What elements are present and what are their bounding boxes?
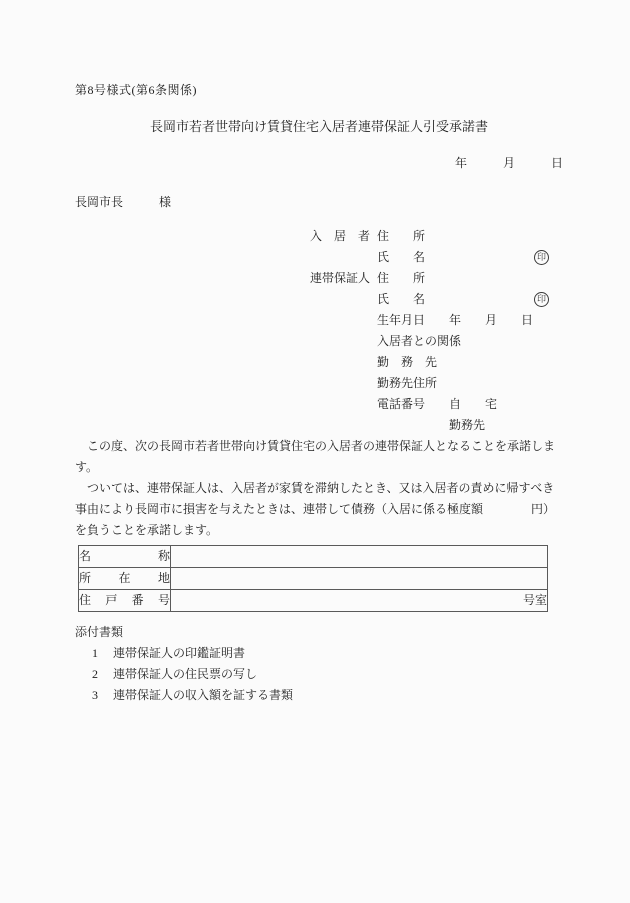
table-row-location: 所在地 [79, 568, 548, 590]
party-row-phone-home: 電話番号 自 宅 [310, 394, 563, 415]
seal-icon: 印 [534, 250, 549, 265]
body-line: を負うことを承諾します。 [75, 520, 563, 541]
field-label-relationship: 入居者との関係 [377, 331, 461, 352]
party-role-label: 入 居 者 [310, 226, 377, 247]
body-line: この度、次の長岡市若者世帯向け賃貸住宅の入居者の連帯保証人となることを承諾しま [75, 436, 563, 457]
party-row-guarantor-address: 連帯保証人 住 所 [310, 268, 563, 289]
party-info-block: 入 居 者 住 所 氏 名 印 連帯保証人 住 所 氏 名 印 生年月日 年 月… [310, 226, 563, 436]
field-label-employer-address: 勤務先住所 [377, 373, 437, 394]
table-value-name [171, 546, 548, 568]
party-row-resident-address: 入 居 者 住 所 [310, 226, 563, 247]
table-value-unit-number: 号室 [171, 590, 548, 612]
attachments-list: 1 連帯保証人の印鑑証明書 2 連帯保証人の住民票の写し 3 連帯保証人の収入額… [75, 643, 563, 706]
party-row-phone-work: 勤務先 [310, 415, 563, 436]
table-header-name: 名称 [79, 546, 171, 568]
property-table: 名称 所在地 住戸番号 号室 [78, 545, 548, 612]
list-item: 1 連帯保証人の印鑑証明書 [92, 643, 563, 664]
table-header-location: 所在地 [79, 568, 171, 590]
party-row-resident-name: 氏 名 印 [310, 247, 563, 268]
field-label-address: 住 所 [377, 268, 425, 289]
party-row-relationship: 入居者との関係 [310, 331, 563, 352]
party-row-employer: 勤 務 先 [310, 352, 563, 373]
party-row-birthdate: 生年月日 年 月 日 [310, 310, 563, 331]
body-line: す。 [75, 457, 563, 478]
list-item-text: 連帯保証人の収入額を証する書類 [113, 685, 293, 706]
field-label-phone-work: 勤務先 [377, 415, 485, 436]
addressee-line: 長岡市長 様 [75, 192, 563, 213]
body-line: 事由により長岡市に損害を与えたときは、連帯して債務（入居に係る極度額 円） [75, 499, 563, 520]
field-label-name: 氏 名 [377, 289, 425, 310]
body-line: ついては、連帯保証人は、入居者が家賃を滞納したとき、又は入居者の責めに帰すべき [75, 478, 563, 499]
seal-icon: 印 [534, 292, 549, 307]
field-label-birthdate: 生年月日 年 月 日 [377, 310, 533, 331]
list-item-text: 連帯保証人の住民票の写し [113, 664, 257, 685]
party-row-guarantor-name: 氏 名 印 [310, 289, 563, 310]
list-item-number: 3 [92, 685, 113, 706]
form-number: 第8号様式(第6条関係) [75, 80, 563, 101]
table-header-unit-number: 住戸番号 [79, 590, 171, 612]
list-item: 3 連帯保証人の収入額を証する書類 [92, 685, 563, 706]
field-label-phone-home: 電話番号 自 宅 [377, 394, 497, 415]
date-line: 年 月 日 [75, 153, 563, 174]
consent-paragraphs: この度、次の長岡市若者世帯向け賃貸住宅の入居者の連帯保証人となることを承諾しま … [75, 436, 563, 541]
field-label-address: 住 所 [377, 226, 425, 247]
attachments-header: 添付書類 [75, 622, 563, 643]
document-page: 第8号様式(第6条関係) 長岡市若者世帯向け賃貸住宅入居者連帯保証人引受承諾書 … [0, 0, 630, 903]
table-row-unit-number: 住戸番号 号室 [79, 590, 548, 612]
field-label-employer: 勤 務 先 [377, 352, 437, 373]
list-item: 2 連帯保証人の住民票の写し [92, 664, 563, 685]
party-role-label: 連帯保証人 [310, 268, 377, 289]
page-title: 長岡市若者世帯向け賃貸住宅入居者連帯保証人引受承諾書 [75, 116, 563, 137]
list-item-number: 1 [92, 643, 113, 664]
party-row-employer-address: 勤務先住所 [310, 373, 563, 394]
list-item-text: 連帯保証人の印鑑証明書 [113, 643, 245, 664]
field-label-name: 氏 名 [377, 247, 425, 268]
table-row-name: 名称 [79, 546, 548, 568]
table-value-location [171, 568, 548, 590]
list-item-number: 2 [92, 664, 113, 685]
